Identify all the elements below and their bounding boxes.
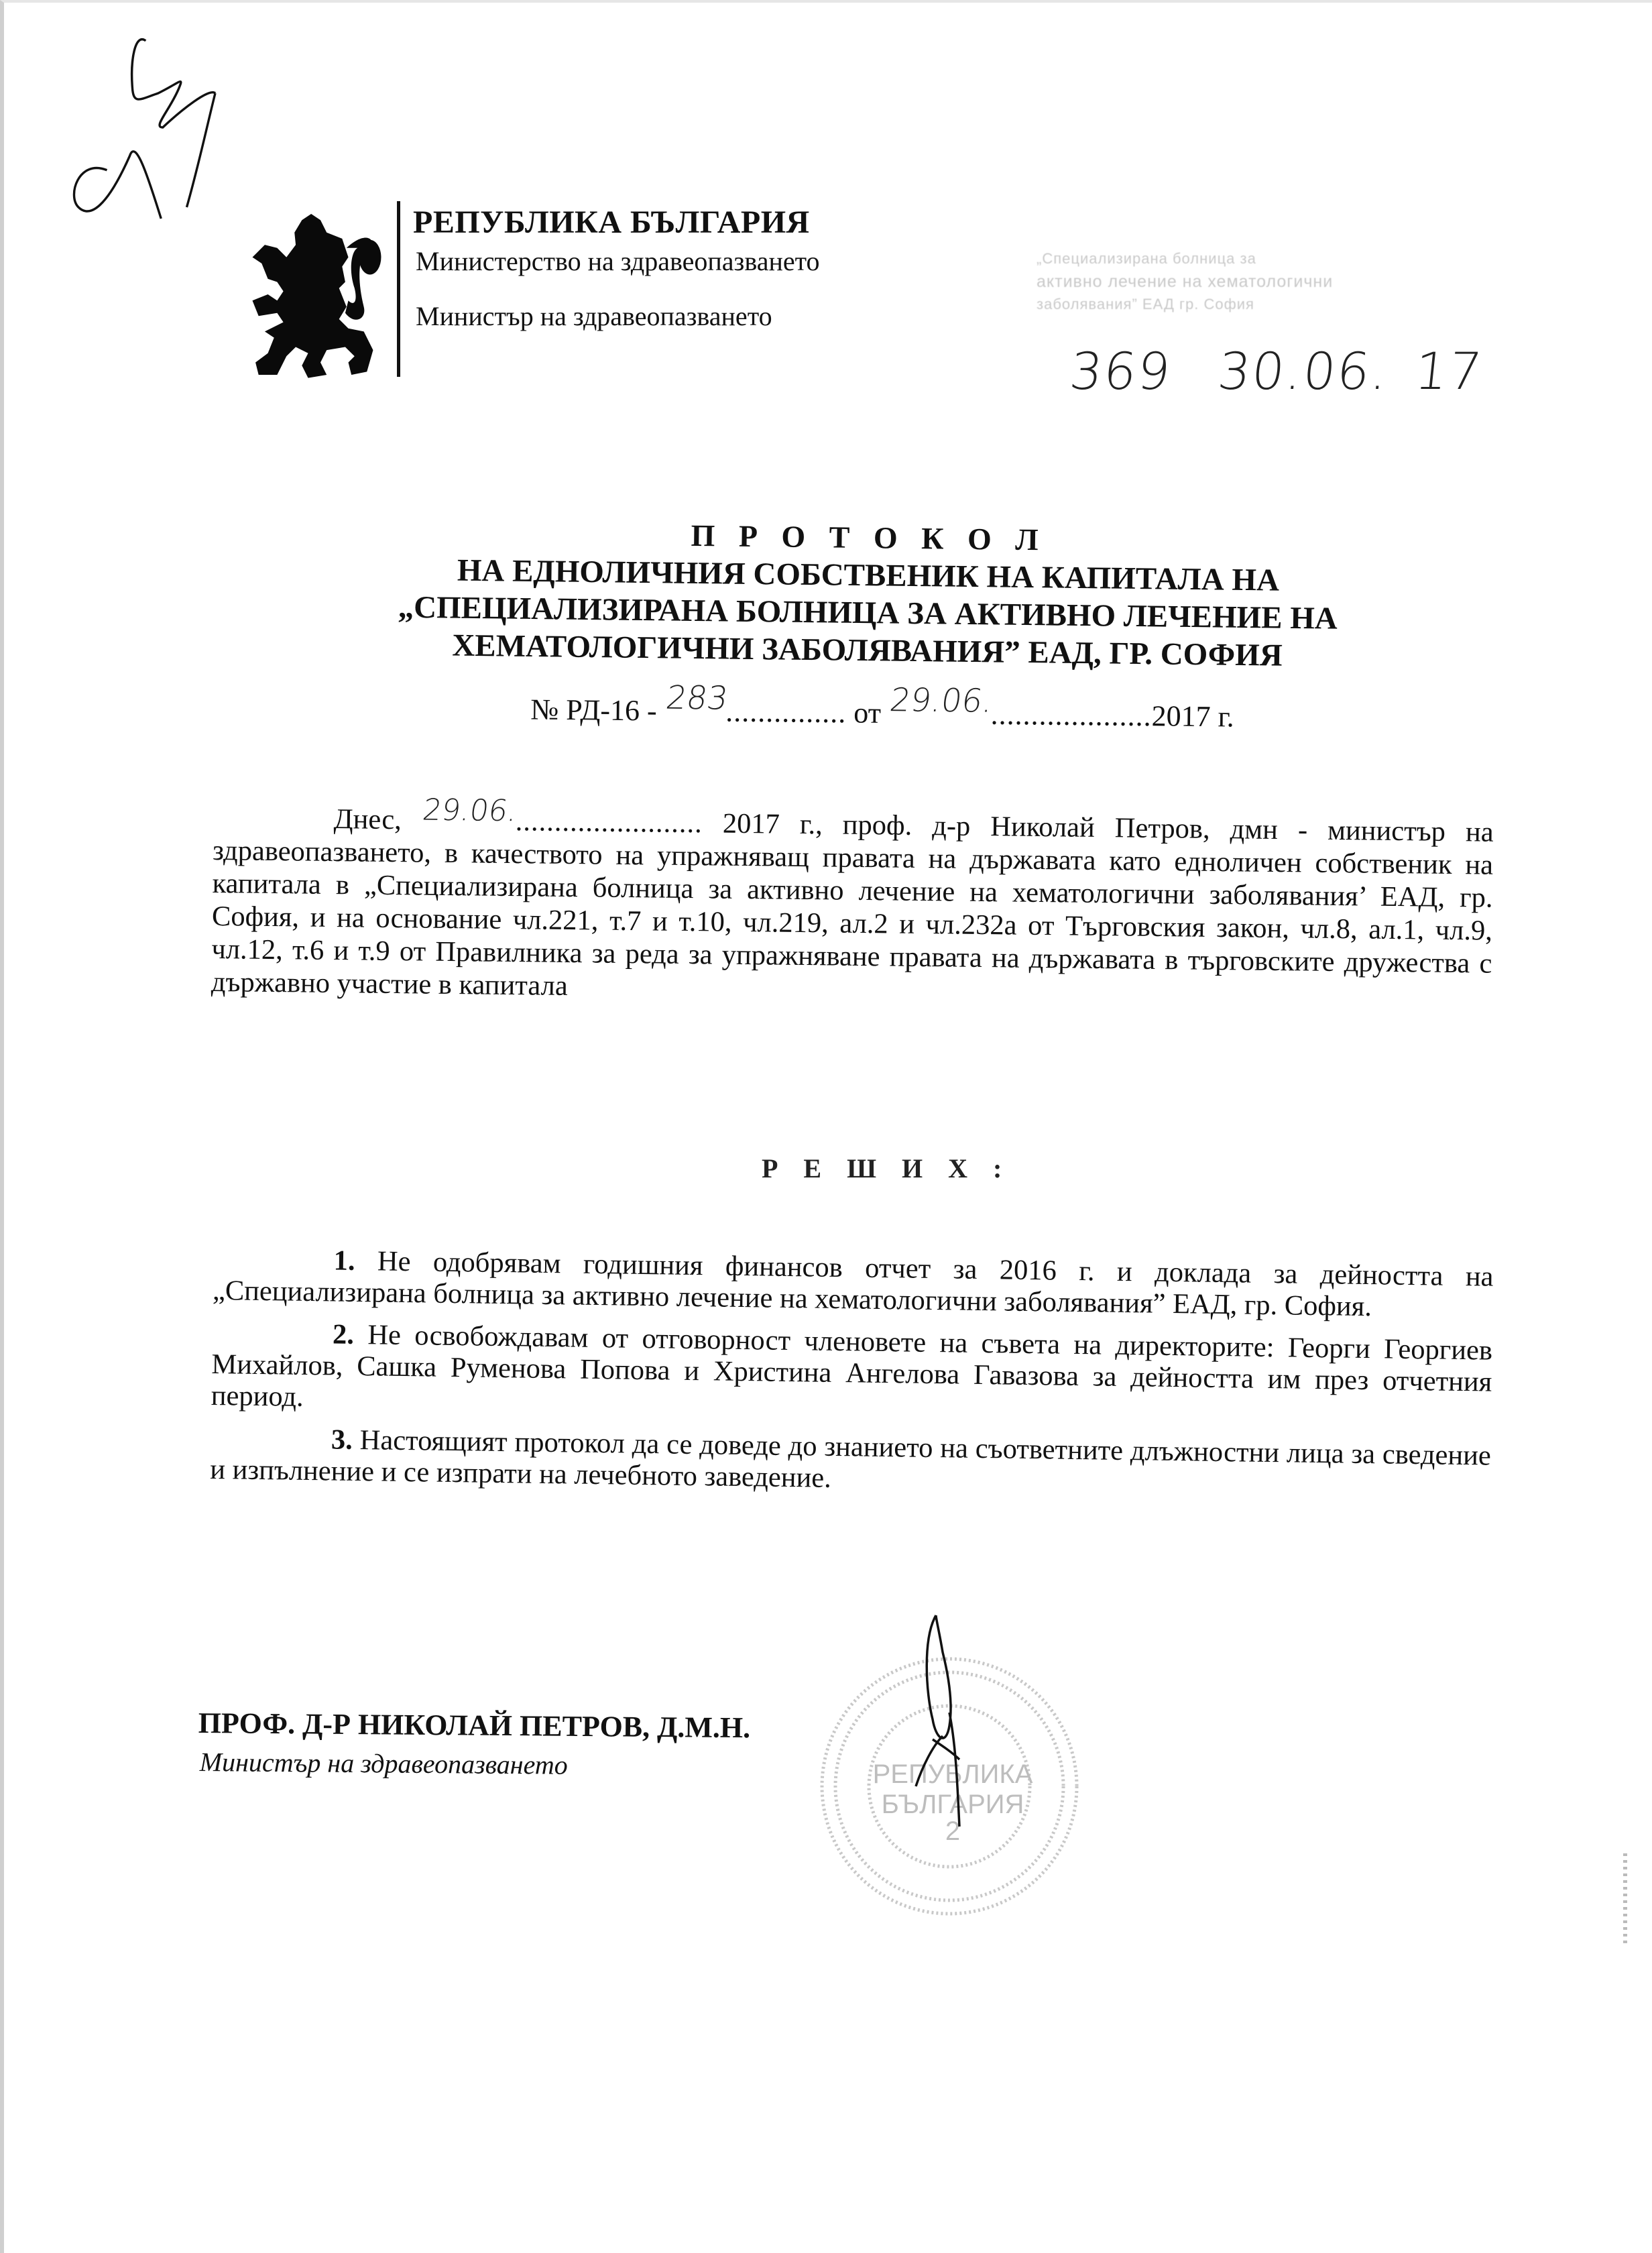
decision-number: 3. bbox=[331, 1424, 353, 1455]
country-name: РЕПУБЛИКА БЪЛГАРИЯ bbox=[413, 204, 810, 241]
dotted-fill: ........................ bbox=[516, 805, 703, 839]
handwritten-date: 29.06. bbox=[887, 681, 995, 720]
number-prefix: № РД-16 - bbox=[530, 693, 657, 728]
decision-item: 1. Не одобрявам годишния финансов отчет … bbox=[213, 1243, 1494, 1324]
stamp-line: „Специализирана болница за bbox=[1037, 247, 1499, 270]
decision-item: 3. Настоящият протокол да се доведе до з… bbox=[210, 1422, 1491, 1503]
document-title: П Р О Т О К О Л НА ЕДНОЛИЧНИЯ СОБСТВЕНИК… bbox=[310, 512, 1425, 676]
decision-text: Не одобрявам годишния финансов отчет за … bbox=[213, 1245, 1494, 1322]
stamp-line: заболявания” ЕАД гр. София bbox=[1037, 293, 1499, 316]
today-label: Днес, bbox=[333, 803, 402, 835]
minister-office: Министър на здравеопазването bbox=[416, 300, 772, 332]
year-suffix: 2017 г. bbox=[1151, 699, 1234, 733]
signatory-title: Министър на здравеопазването bbox=[200, 1746, 568, 1781]
handwritten-signature-icon bbox=[896, 1612, 990, 1833]
handwritten-date: 29.06. bbox=[420, 794, 519, 828]
dotted-fill: .................... bbox=[990, 698, 1152, 733]
decisions-list: 1. Не одобрявам годишния финансов отчет … bbox=[210, 1243, 1494, 1514]
handwritten-page-number-icon bbox=[58, 36, 232, 251]
registration-year: 17 bbox=[1412, 341, 1486, 401]
preamble-text: 2017 г., проф. д-р Николай Петров, дмн -… bbox=[211, 808, 1494, 1002]
registration-number: 369 bbox=[1067, 341, 1174, 401]
registration-stamp-faint: „Специализирана болница за активно лечен… bbox=[1037, 247, 1499, 316]
ministry-name: Министерство на здравеопазването bbox=[416, 245, 820, 277]
header-divider bbox=[397, 201, 400, 377]
stamp-line: активно лечение на хематологични bbox=[1037, 270, 1499, 293]
dotted-fill: ............... bbox=[725, 695, 847, 730]
document-page: РЕПУБЛИКА БЪЛГАРИЯ Министерство на здрав… bbox=[0, 0, 1652, 2253]
scan-edge-artifact bbox=[1623, 1853, 1627, 1947]
decision-number: 2. bbox=[333, 1319, 355, 1350]
signatory-name: ПРОФ. Д-Р НИКОЛАЙ ПЕТРОВ, Д.М.Н. bbox=[198, 1706, 751, 1745]
decision-text: Настоящият протокол да се доведе до знан… bbox=[210, 1424, 1491, 1494]
decided-heading: Р Е Ш И Х : bbox=[762, 1153, 1011, 1184]
decision-number: 1. bbox=[333, 1245, 355, 1277]
handwritten-number: 283 bbox=[663, 679, 730, 717]
decision-item: 2. Не освобождавам от отговорност членов… bbox=[211, 1317, 1492, 1430]
registration-stamp-handwriting: 36930.06.17 bbox=[1067, 341, 1533, 401]
registration-date: 30.06. bbox=[1215, 341, 1391, 401]
document-number-line: № РД-16 - 283............... от 29.06...… bbox=[379, 688, 1386, 736]
decision-text: Не освобождавам от отговорност членовете… bbox=[211, 1319, 1492, 1413]
from-label: от bbox=[853, 697, 881, 730]
preamble-paragraph: Днес, 29.06......................... 201… bbox=[211, 801, 1494, 1013]
bulgarian-lion-crest-icon bbox=[240, 204, 401, 385]
